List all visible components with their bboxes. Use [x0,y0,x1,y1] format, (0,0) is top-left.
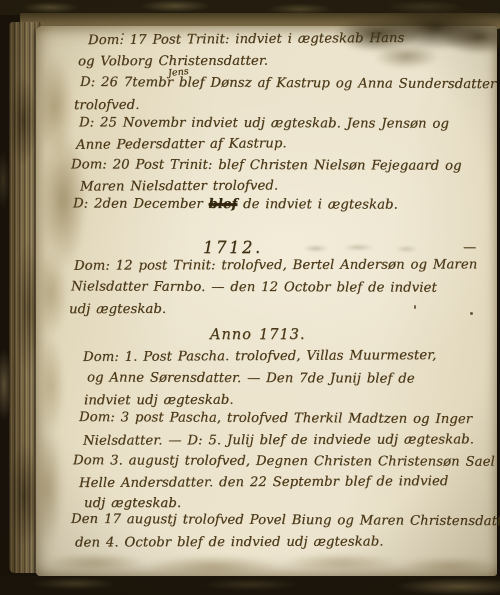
marginal-dash: — [463,241,476,254]
year-heading-1712: 1712. [203,240,263,257]
manuscript-line-with-strikethrough: D: 2den December blef de indviet i ægtes… [73,197,398,211]
manuscript-line: og Anne Sørensdatter. — Den 7de Junij bl… [87,371,415,385]
manuscript-line: Helle Andersdatter. den 22 Septembr blef… [79,475,448,490]
manuscript-line: Dom: 1. Post Pascha. trolofved, Villas M… [83,349,437,364]
manuscript-line: Nielsdatter. — D: 5. Julij blef de indvi… [83,433,474,448]
manuscript-line: D: 26 7tembr blef Dønsz af Kastrup og An… [80,76,496,91]
ink-speck [414,305,416,309]
line-text-before-strike: D: 2den December [73,196,209,211]
manuscript-line: udj ægteskab. [69,303,166,317]
anno-heading-1713: Anno 1713. [210,328,306,343]
manuscript-line: D: 25 Novembr indviet udj ægteskab. Jens… [79,116,449,130]
manuscript-line: Dom: 17 Post Trinit: indviet i ægteskab … [88,32,404,47]
ink-speck [122,33,124,35]
manuscript-line: Dom: 20 Post Trinit: blef Christen Niels… [71,158,462,173]
manuscript-line: Den 17 augustj trolofved Povel Biung og … [71,513,500,529]
manuscript-line: Dom: 3 post Pascha, trolofved Therkil Ma… [79,411,472,426]
manuscript-line: indviet udj ægteskab. [84,394,234,408]
manuscript-line: den 4. Octobr blef de indvied udj ægtesk… [75,535,384,549]
manuscript-line: Dom: 12 post Trinit: trolofved, Bertel A… [74,258,477,273]
manuscript-line: trolofved. [74,99,140,113]
struck-word: blef [209,197,238,212]
manuscript-line: Dom 3. augustj trolofved, Degnen Christe… [73,454,500,469]
manuscript-line: Maren Nielsdatter trolofved. [80,179,278,193]
line-text-after-strike: de indviet i ægteskab. [237,197,398,213]
manuscript-line: udj ægteskab. [84,497,181,510]
ink-speck [470,312,473,315]
scanned-register-photo: Dom: 17 Post Trinit: indviet i ægteskab … [0,0,500,595]
manuscript-line: Nielsdatter Farnbo. — den 12 Octobr blef… [71,280,437,294]
handwriting-layer: Dom: 17 Post Trinit: indviet i ægteskab … [0,0,500,595]
manuscript-line: Anne Pedersdatter af Kastrup. [76,137,287,152]
interlinear-insertion: Jens [168,67,190,79]
